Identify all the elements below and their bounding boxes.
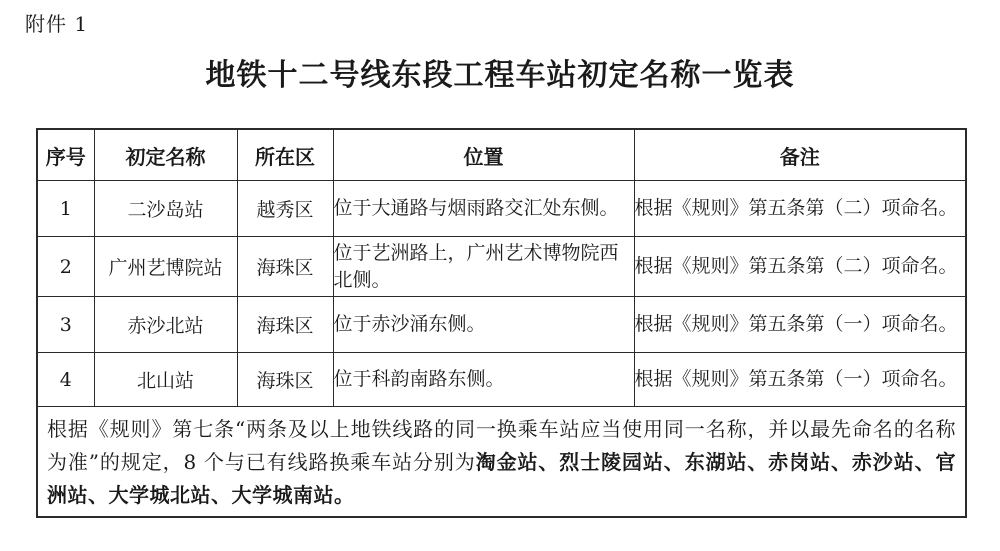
cell-location: 位于赤沙涌东侧。 bbox=[333, 297, 634, 353]
cell-no: 2 bbox=[37, 237, 94, 297]
cell-remark: 根据《规则》第五条第（二）项命名。 bbox=[634, 237, 966, 297]
cell-remark: 根据《规则》第五条第（一）项命名。 bbox=[634, 353, 966, 407]
attachment-label: 附件 1 bbox=[25, 8, 88, 37]
col-header-remark: 备注 bbox=[634, 129, 966, 181]
table-row: 4 北山站 海珠区 位于科韵南路东侧。 根据《规则》第五条第（一）项命名。 bbox=[37, 353, 966, 407]
cell-remark: 根据《规则》第五条第（二）项命名。 bbox=[634, 181, 966, 237]
footnote-row: 根据《规则》第七条“两条及以上地铁线路的同一换乘车站应当使用同一名称，并以最先命… bbox=[37, 407, 966, 518]
cell-location: 位于艺洲路上，广州艺术博物院西北侧。 bbox=[333, 237, 634, 297]
station-name-table: 序号 初定名称 所在区 位置 备注 1 二沙岛站 越秀区 位于大通路与烟雨路交汇… bbox=[36, 128, 967, 518]
col-header-district: 所在区 bbox=[237, 129, 333, 181]
table-row: 2 广州艺博院站 海珠区 位于艺洲路上，广州艺术博物院西北侧。 根据《规则》第五… bbox=[37, 237, 966, 297]
cell-district: 海珠区 bbox=[237, 297, 333, 353]
table-row: 3 赤沙北站 海珠区 位于赤沙涌东侧。 根据《规则》第五条第（一）项命名。 bbox=[37, 297, 966, 353]
cell-district: 海珠区 bbox=[237, 353, 333, 407]
cell-location: 位于科韵南路东侧。 bbox=[333, 353, 634, 407]
cell-no: 1 bbox=[37, 181, 94, 237]
cell-district: 海珠区 bbox=[237, 237, 333, 297]
cell-location: 位于大通路与烟雨路交汇处东侧。 bbox=[333, 181, 634, 237]
cell-name: 广州艺博院站 bbox=[94, 237, 237, 297]
cell-name: 北山站 bbox=[94, 353, 237, 407]
cell-no: 4 bbox=[37, 353, 94, 407]
col-header-location: 位置 bbox=[333, 129, 634, 181]
footnote-cell: 根据《规则》第七条“两条及以上地铁线路的同一换乘车站应当使用同一名称，并以最先命… bbox=[37, 407, 966, 518]
cell-no: 3 bbox=[37, 297, 94, 353]
col-header-name: 初定名称 bbox=[94, 129, 237, 181]
col-header-no: 序号 bbox=[37, 129, 94, 181]
page-title: 地铁十二号线东段工程车站初定名称一览表 bbox=[0, 50, 1000, 94]
cell-district: 越秀区 bbox=[237, 181, 333, 237]
cell-name: 赤沙北站 bbox=[94, 297, 237, 353]
cell-name: 二沙岛站 bbox=[94, 181, 237, 237]
cell-remark: 根据《规则》第五条第（一）项命名。 bbox=[634, 297, 966, 353]
table-row: 1 二沙岛站 越秀区 位于大通路与烟雨路交汇处东侧。 根据《规则》第五条第（二）… bbox=[37, 181, 966, 237]
header-row: 序号 初定名称 所在区 位置 备注 bbox=[37, 129, 966, 181]
